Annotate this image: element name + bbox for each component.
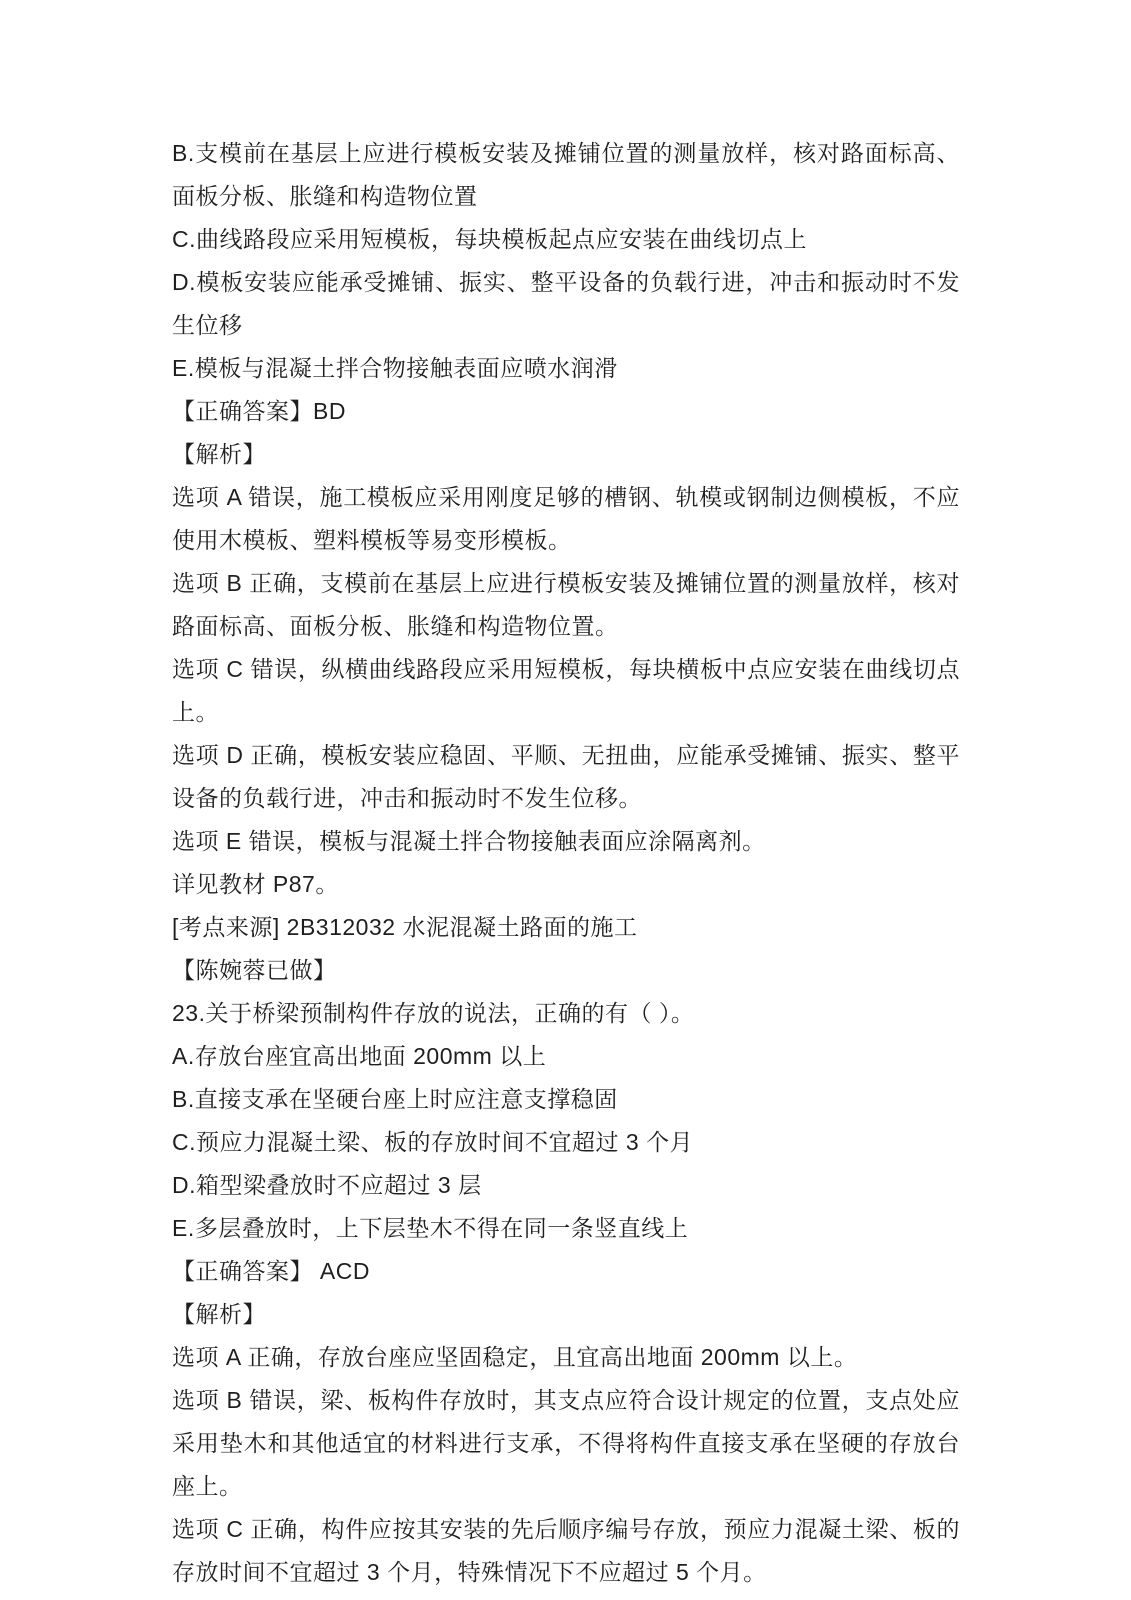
- analysis-option-b-q22: 选项 B 正确，支模前在基层上应进行模板安装及摊铺位置的测量放样，核对路面标高、…: [172, 562, 960, 648]
- done-marker: 【陈婉蓉已做】: [172, 949, 960, 992]
- correct-answer-q22: 【正确答案】BD: [172, 390, 960, 433]
- analysis-option-a-q23: 选项 A 正确，存放台座应坚固稳定，且宜高出地面 200mm 以上。: [172, 1336, 960, 1379]
- correct-answer-q23: 【正确答案】 ACD: [172, 1250, 960, 1293]
- option-b-q22: B.支模前在基层上应进行模板安装及摊铺位置的测量放样，核对路面标高、面板分板、胀…: [172, 132, 960, 218]
- option-d-q23: D.箱型梁叠放时不应超过 3 层: [172, 1164, 960, 1207]
- source-note-q22: [考点来源] 2B312032 水泥混凝土路面的施工: [172, 906, 960, 949]
- analysis-heading-q23: 【解析】: [172, 1293, 960, 1336]
- analysis-option-e-q22: 选项 E 错误，模板与混凝土拌合物接触表面应涂隔离剂。: [172, 820, 960, 863]
- option-e-q22: E.模板与混凝土拌合物接触表面应喷水润滑: [172, 347, 960, 390]
- option-d-q22: D.模板安装应能承受摊铺、振实、整平设备的负载行进，冲击和振动时不发生位移: [172, 261, 960, 347]
- option-e-q23: E.多层叠放时，上下层垫木不得在同一条竖直线上: [172, 1207, 960, 1250]
- document-page: B.支模前在基层上应进行模板安装及摊铺位置的测量放样，核对路面标高、面板分板、胀…: [0, 0, 1131, 1600]
- analysis-heading-q22: 【解析】: [172, 433, 960, 476]
- analysis-option-a-q22: 选项 A 错误，施工模板应采用刚度足够的槽钢、轨模或钢制边侧模板，不应使用木模板…: [172, 476, 960, 562]
- option-b-q23: B.直接支承在坚硬台座上时应注意支撑稳固: [172, 1078, 960, 1121]
- analysis-option-c-q23: 选项 C 正确，构件应按其安装的先后顺序编号存放，预应力混凝土梁、板的存放时间不…: [172, 1508, 960, 1594]
- analysis-option-d-q22: 选项 D 正确，模板安装应稳固、平顺、无扭曲，应能承受摊铺、振实、整平设备的负载…: [172, 734, 960, 820]
- analysis-option-b-q23: 选项 B 错误，梁、板构件存放时，其支点应符合设计规定的位置，支点处应采用垫木和…: [172, 1379, 960, 1508]
- textbook-reference-q22: 详见教材 P87。: [172, 863, 960, 906]
- option-c-q22: C.曲线路段应采用短模板，每块模板起点应安装在曲线切点上: [172, 218, 960, 261]
- question-23-stem: 23.关于桥梁预制构件存放的说法，正确的有（ ）。: [172, 992, 960, 1035]
- option-a-q23: A.存放台座宜高出地面 200mm 以上: [172, 1035, 960, 1078]
- option-c-q23: C.预应力混凝土梁、板的存放时间不宜超过 3 个月: [172, 1121, 960, 1164]
- analysis-option-c-q22: 选项 C 错误，纵横曲线路段应采用短模板，每块横板中点应安装在曲线切点上。: [172, 648, 960, 734]
